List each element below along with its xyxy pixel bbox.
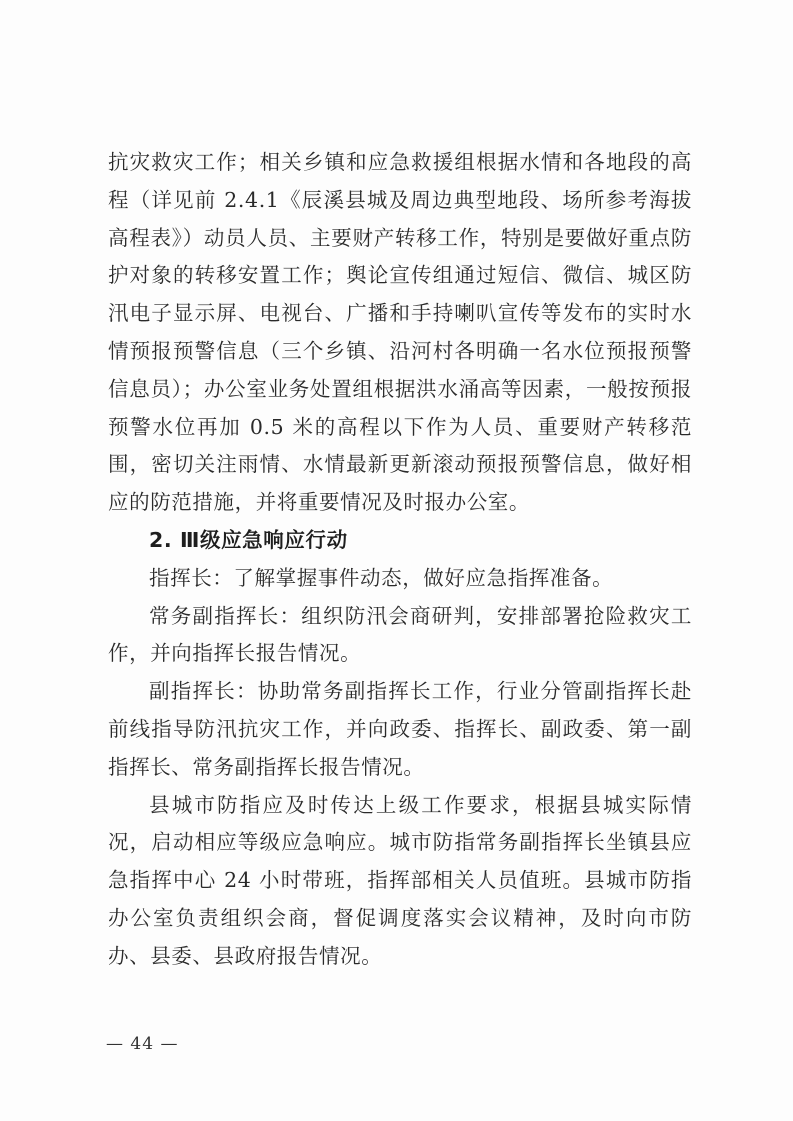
paragraph-executive-deputy-commander: 常务副指挥长：组织防汛会商研判，安排部署抢险救灾工作，并向指挥长报告情况。 — [108, 598, 692, 674]
paragraph-deputy-commander: 副指挥长：协助常务副指挥长工作，行业分管副指挥长赴前线指导防汛抗灾工作，并向政委… — [108, 673, 692, 786]
paragraph-continuation: 抗灾救灾工作；相关乡镇和应急救援组根据水情和各地段的高程（详见前 2.4.1《辰… — [108, 144, 692, 522]
document-page: 抗灾救灾工作；相关乡镇和应急救援组根据水情和各地段的高程（详见前 2.4.1《辰… — [0, 0, 793, 1121]
paragraph-commander: 指挥长：了解掌握事件动态，做好应急指挥准备。 — [108, 560, 692, 598]
page-number: — 44 — — [106, 1034, 178, 1054]
document-body: 抗灾救灾工作；相关乡镇和应急救援组根据水情和各地段的高程（详见前 2.4.1《辰… — [108, 144, 692, 976]
section-heading: 2. Ⅲ级应急响应行动 — [108, 522, 692, 560]
paragraph-county-flood-control: 县城市防指应及时传达上级工作要求，根据县城实际情况，启动相应等级应急响应。城市防… — [108, 787, 692, 976]
